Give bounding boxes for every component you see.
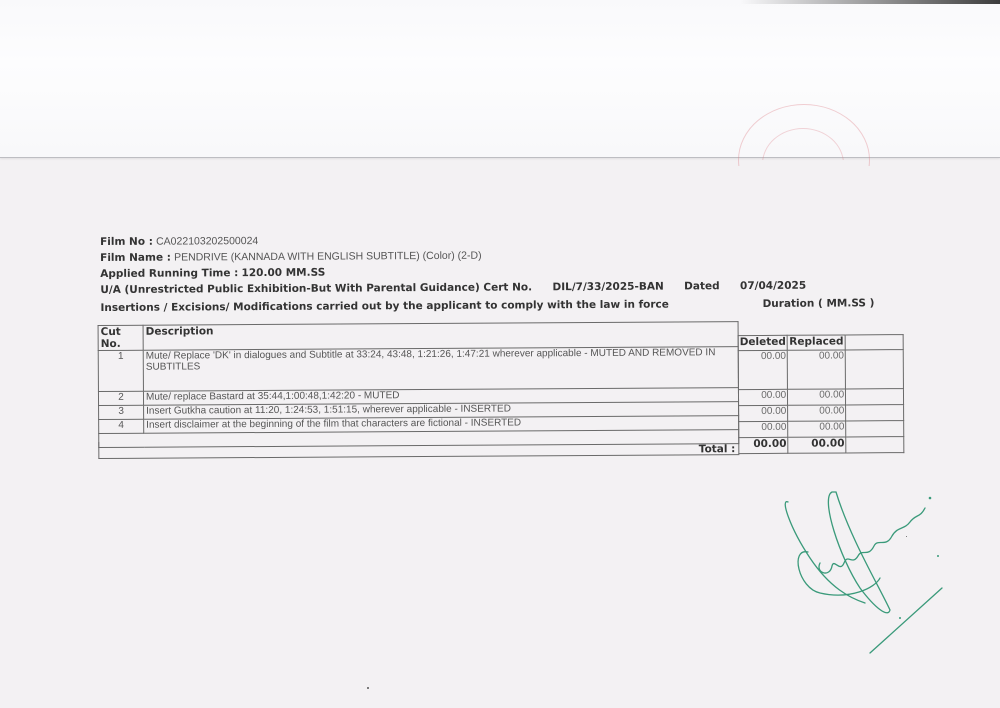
deleted-value: 00.00 — [738, 389, 787, 405]
replaced-value: 00.00 — [788, 389, 846, 405]
film-name-label: Film Name : — [100, 252, 171, 264]
table-row: 1 Mute/ Replace 'DK' in dialogues and Su… — [98, 347, 738, 392]
total-replaced: 00.00 — [788, 437, 846, 453]
section-title: Insertions / Excisions/ Modifications ca… — [100, 299, 669, 314]
certificate-document: Film No : CA022103202500024 Film Name : … — [100, 229, 920, 314]
duration-header-row: Deleted Replaced — [738, 335, 903, 351]
scan-speck — [906, 536, 907, 537]
scan-speck — [367, 687, 369, 689]
empty-cell — [846, 405, 904, 421]
cut-no: 3 — [99, 405, 144, 419]
replaced-value: 00.00 — [788, 405, 846, 421]
running-time-value: 120.00 MM.SS — [242, 267, 326, 280]
dated-value: 07/04/2025 — [740, 280, 806, 292]
header-deleted: Deleted — [738, 335, 787, 350]
deleted-value: 00.00 — [738, 350, 787, 389]
cert-no-value: DIL/7/33/2025-BAN — [552, 281, 663, 294]
header-description: Description — [143, 322, 738, 351]
replaced-value: 00.00 — [787, 350, 845, 389]
duration-total-row: 00.00 00.00 — [739, 437, 904, 454]
cuts-header-row: Cut No. Description — [98, 322, 738, 351]
total-deleted: 00.00 — [739, 437, 788, 453]
cut-no: 1 — [98, 350, 143, 391]
cut-no: 2 — [98, 391, 143, 405]
certificate-label: U/A (Unrestricted Public Exhibition-But … — [100, 281, 532, 296]
deleted-value: 00.00 — [739, 405, 788, 421]
duration-table: Deleted Replaced 00.00 00.00 00.00 00.00… — [738, 334, 905, 454]
empty-cell — [845, 350, 903, 389]
official-seal-outer — [738, 104, 870, 216]
sheet-shadow-edge — [740, 0, 1000, 4]
duration-row: 00.00 00.00 — [739, 405, 904, 422]
empty-cell — [846, 421, 904, 437]
empty-cell — [846, 437, 904, 453]
header-cut-no: Cut No. — [98, 325, 143, 350]
duration-row: 00.00 00.00 — [738, 389, 903, 406]
film-name-value: PENDRIVE (KANNADA WITH ENGLISH SUBTITLE)… — [174, 250, 482, 264]
replaced-value: 00.00 — [788, 421, 846, 437]
cut-description: Mute/ Replace 'DK' in dialogues and Subt… — [143, 347, 738, 392]
cut-no: 4 — [99, 419, 144, 433]
duration-title: Duration ( MM.SS ) — [763, 297, 875, 310]
duration-row: 00.00 00.00 — [739, 421, 904, 438]
empty-cell — [846, 389, 904, 405]
dated-label: Dated — [684, 280, 720, 292]
deleted-value: 00.00 — [739, 421, 788, 437]
header-empty — [845, 335, 903, 350]
total-label: Total : — [691, 443, 735, 455]
cuts-table: Cut No. Description 1 Mute/ Replace 'DK'… — [98, 321, 740, 448]
signature — [770, 478, 970, 658]
film-no-value: CA022103202500024 — [156, 235, 258, 248]
film-no-label: Film No : — [100, 236, 153, 248]
running-time-label: Applied Running Time : — [100, 267, 238, 280]
header-replaced: Replaced — [787, 335, 845, 350]
duration-row: 00.00 00.00 — [738, 350, 903, 390]
total-row-frame — [98, 438, 739, 459]
